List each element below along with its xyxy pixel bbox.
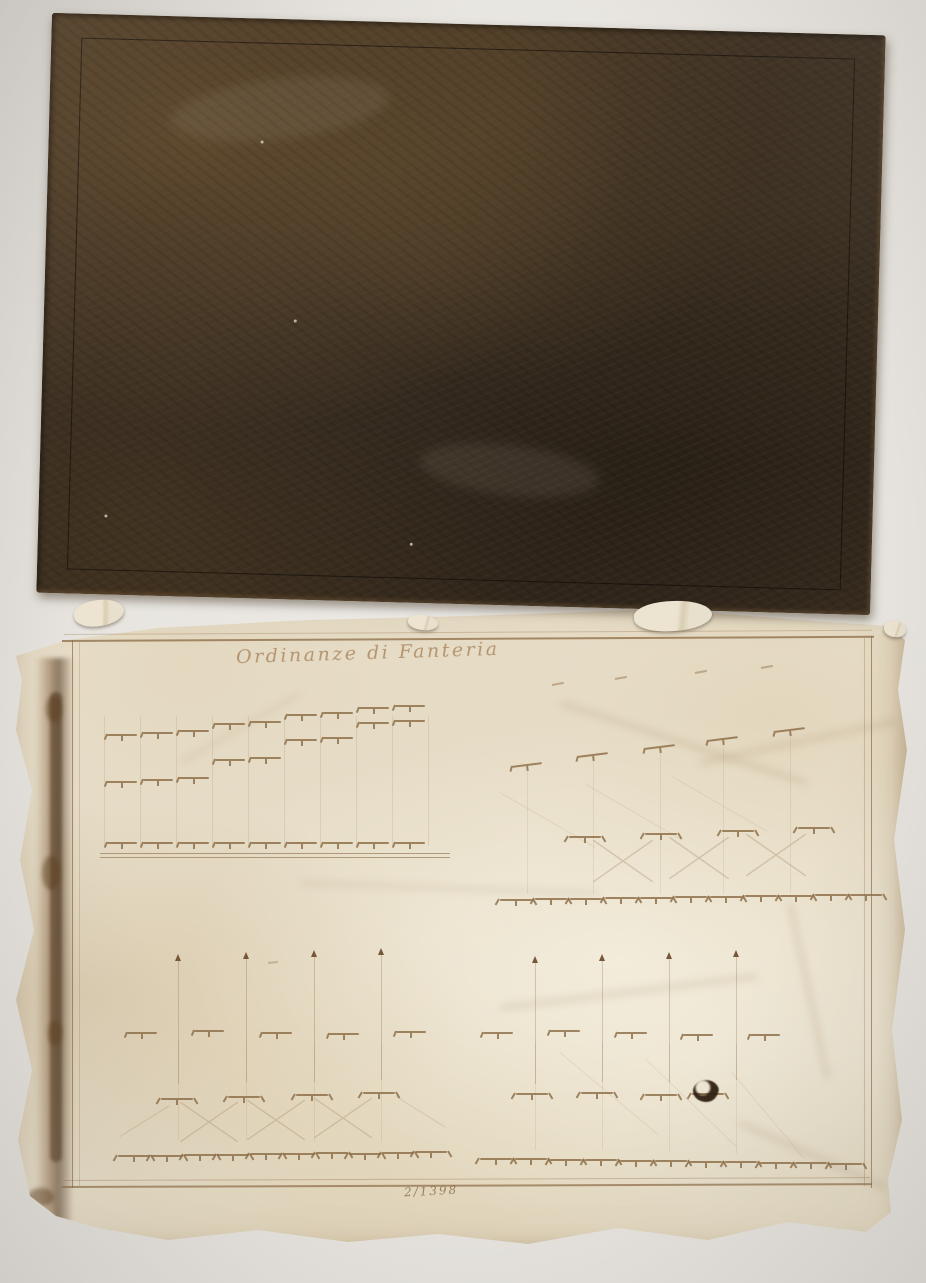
print-sheet <box>8 600 908 1252</box>
plate-speck <box>410 543 413 546</box>
engraving-plate <box>36 13 885 615</box>
paper-flap <box>72 596 125 630</box>
plate-speck <box>104 514 107 517</box>
paper-edge-shading <box>8 600 908 1252</box>
plate-speck <box>261 141 264 144</box>
photo: Ordinanze di Fanteria 2/1398 <box>0 0 926 1283</box>
plate-speck <box>294 319 297 322</box>
